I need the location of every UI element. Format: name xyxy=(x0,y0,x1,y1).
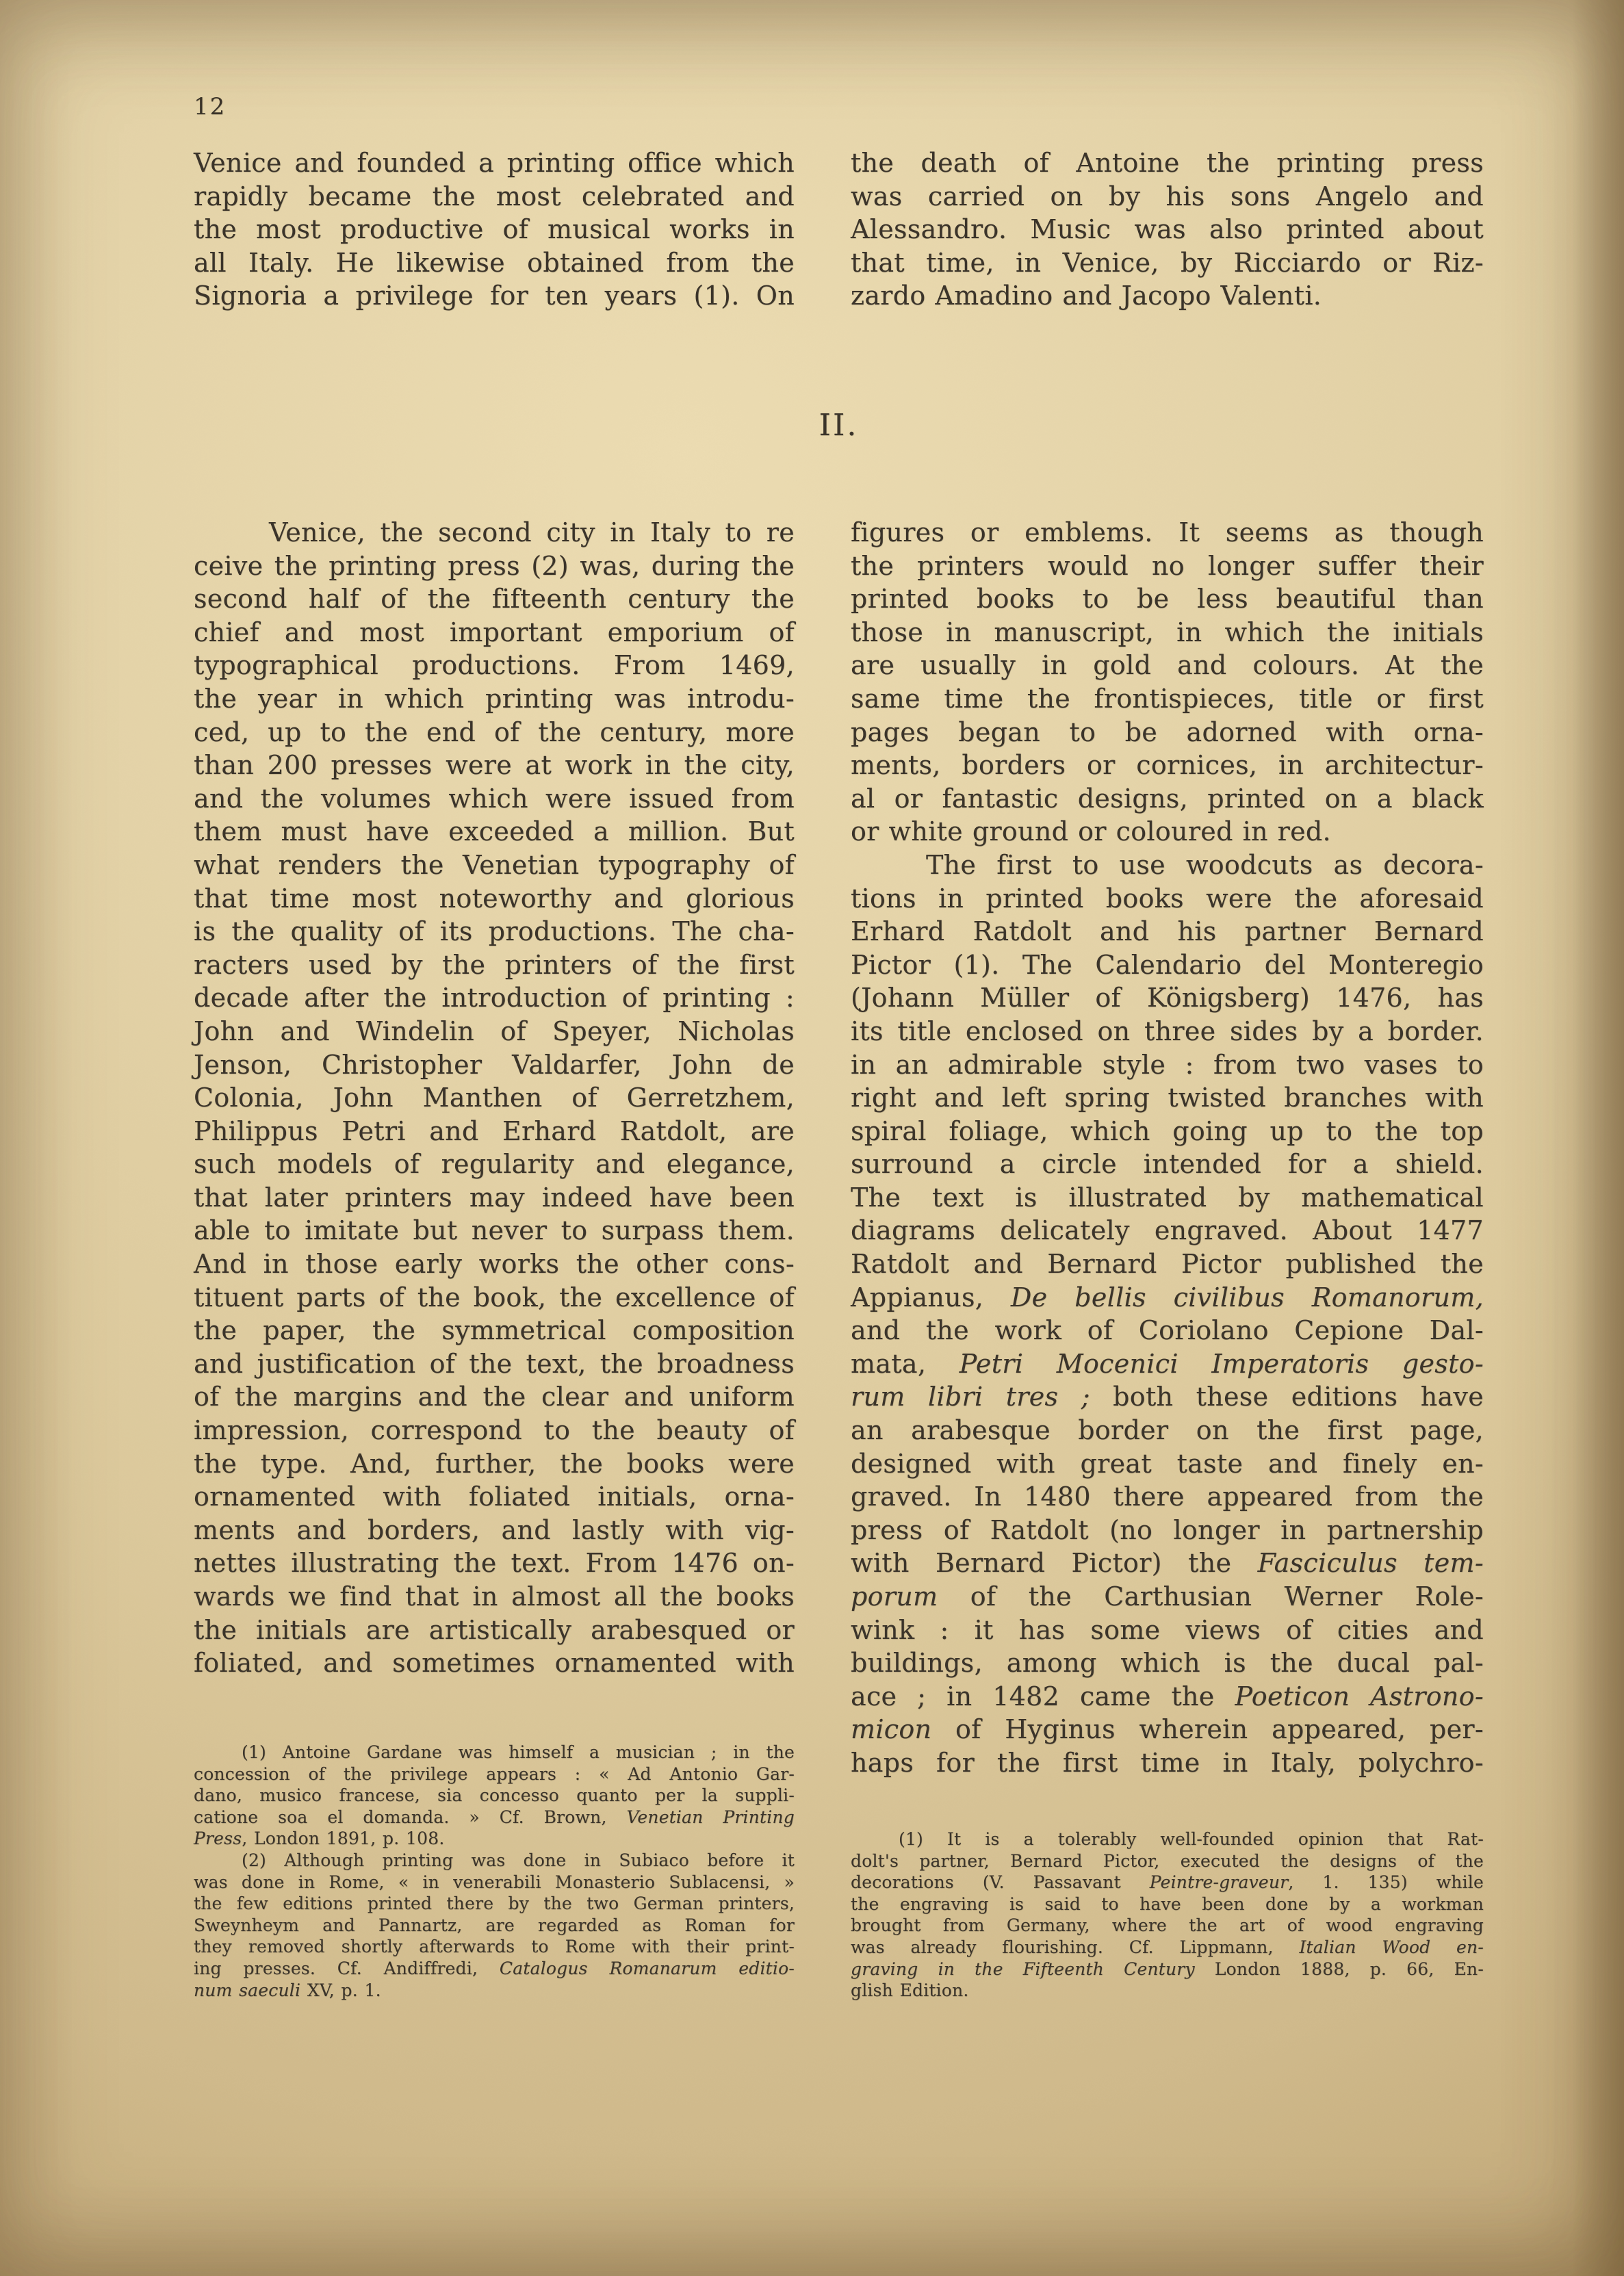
text-segment: the death of Antoine the printing press xyxy=(851,148,1484,178)
text-segment: spiral foliage, which going up to the to… xyxy=(851,1116,1484,1146)
text-line: that time most noteworthy and glorious xyxy=(194,882,795,916)
text-segment: surround a circle intended for a shield. xyxy=(851,1149,1484,1179)
text-segment: dano, musico francese, sia concesso quan… xyxy=(194,1785,795,1805)
text-segment: the few editions printed there by the tw… xyxy=(194,1893,795,1913)
text-line: (1) Antoine Gardane was himself a musici… xyxy=(194,1742,795,1763)
text-segment: , London 1891, p. 108. xyxy=(242,1828,444,1848)
text-line: wink : it has some views of cities and xyxy=(851,1614,1484,1647)
text-segment: porum xyxy=(851,1581,938,1612)
text-segment: Italian Wood en- xyxy=(1299,1937,1484,1957)
text-line: Press, London 1891, p. 108. xyxy=(194,1828,795,1850)
text-line: catione soa el domanda. » Cf. Brown, Ven… xyxy=(194,1807,795,1828)
text-segment: Press xyxy=(194,1828,242,1848)
text-line: was carried on by his sons Angelo and xyxy=(851,180,1484,214)
text-segment: them must have exceeded a million. But xyxy=(194,816,795,846)
text-line: decade after the introduction of printin… xyxy=(194,981,795,1015)
text-line: what renders the Venetian typography of xyxy=(194,849,795,882)
text-line: figures or emblems. It seems as though xyxy=(851,516,1484,549)
text-line: decorations (V. Passavant Peintre-graveu… xyxy=(851,1872,1484,1893)
text-segment: concession of the privilege appears : « … xyxy=(194,1764,795,1784)
text-segment: both these editions have xyxy=(1090,1382,1484,1412)
text-segment: catione soa el domanda. » Cf. Brown, xyxy=(194,1807,626,1827)
main-left-column: Venice, the second city in Italy to rece… xyxy=(194,516,795,1680)
text-segment: of the margins and the clear and uniform xyxy=(194,1382,795,1412)
text-line: are usually in gold and colours. At the xyxy=(851,649,1484,682)
text-segment: Philippus Petri and Erhard Ratdolt, are xyxy=(194,1116,795,1146)
text-segment: its title enclosed on three sides by a b… xyxy=(851,1016,1484,1046)
text-segment: mata, xyxy=(851,1349,959,1379)
text-line: ments, borders or cornices, in architect… xyxy=(851,749,1484,782)
text-segment: figures or emblems. It seems as though xyxy=(851,517,1484,547)
text-line: ing presses. Cf. Andiffredi, Catalogus R… xyxy=(194,1958,795,1980)
text-line: all Italy. He likewise obtained from the xyxy=(194,246,795,280)
text-line: mata, Petri Mocenici Imperatoris gesto- xyxy=(851,1347,1484,1381)
text-segment: typographical productions. From 1469, xyxy=(194,650,795,680)
text-segment: Alessandro. Music was also printed about xyxy=(851,214,1484,244)
footnotes-left: (1) Antoine Gardane was himself a musici… xyxy=(194,1742,795,2001)
text-segment: an arabesque border on the first page, xyxy=(851,1415,1484,1445)
page-number: 12 xyxy=(194,93,226,120)
text-line: able to imitate but never to surpass the… xyxy=(194,1214,795,1247)
text-segment: buildings, among which is the ducal pal- xyxy=(851,1648,1484,1678)
text-segment: Pictor (1). The Calendario del Monteregi… xyxy=(851,950,1484,980)
text-line: is the quality of its productions. The c… xyxy=(194,915,795,948)
text-line: the engraving is said to have been done … xyxy=(851,1893,1484,1915)
text-line: the few editions printed there by the tw… xyxy=(194,1893,795,1915)
text-segment: was done in Rome, « in venerabili Monast… xyxy=(194,1872,795,1892)
text-line: Sweynheym and Pannartz, are regarded as … xyxy=(194,1915,795,1937)
text-segment: ceive the printing press (2) was, during… xyxy=(194,551,795,581)
text-segment: right and left spring twisted branches w… xyxy=(851,1083,1484,1113)
text-segment: graved. In 1480 there appeared from the xyxy=(851,1482,1484,1512)
text-line: micon of Hyginus wherein appeared, per- xyxy=(851,1713,1484,1746)
text-line: dano, musico francese, sia concesso quan… xyxy=(194,1785,795,1807)
text-line: with Bernard Pictor) the Fasciculus tem- xyxy=(851,1547,1484,1580)
text-segment: haps for the first time in Italy, polych… xyxy=(851,1748,1484,1778)
text-segment: than 200 presses were at work in the cit… xyxy=(194,750,795,780)
text-line: ced, up to the end of the century, more xyxy=(194,716,795,749)
text-segment: is the quality of its productions. The c… xyxy=(194,916,795,946)
text-segment: the year in which printing was introdu- xyxy=(194,684,795,714)
text-line: ornamented with foliated initials, orna- xyxy=(194,1480,795,1514)
text-segment: num saeculi xyxy=(194,1980,300,2000)
text-segment: are usually in gold and colours. At the xyxy=(851,650,1484,680)
text-segment: Venice, the second city in Italy to re xyxy=(269,517,795,547)
text-line: pages began to be adorned with orna- xyxy=(851,716,1484,749)
text-segment: second half of the fifteenth century the xyxy=(194,584,795,614)
text-line: Ratdolt and Bernard Pictor published the xyxy=(851,1247,1484,1281)
text-segment: tions in printed books were the aforesai… xyxy=(851,883,1484,914)
text-segment: was already flourishing. Cf. Lippmann, xyxy=(851,1937,1299,1957)
text-segment: al or fantastic designs, printed on a bl… xyxy=(851,784,1484,814)
text-segment: Erhard Ratdolt and his partner Bernard xyxy=(851,916,1484,946)
text-segment: glish Edition. xyxy=(851,1980,969,2000)
text-line: buildings, among which is the ducal pal- xyxy=(851,1646,1484,1680)
text-segment: zardo Amadino and Jacopo Valenti. xyxy=(851,281,1322,311)
text-line: or white ground or coloured in red. xyxy=(851,815,1484,849)
text-line: ceive the printing press (2) was, during… xyxy=(194,549,795,583)
text-segment: and the work of Coriolano Cepione Dal- xyxy=(851,1315,1484,1345)
text-segment: wink : it has some views of cities and xyxy=(851,1615,1484,1645)
text-line: was already flourishing. Cf. Lippmann, I… xyxy=(851,1937,1484,1958)
text-line: Colonia, John Manthen of Gerretzhem, xyxy=(194,1081,795,1115)
text-segment: Colonia, John Manthen of Gerretzhem, xyxy=(194,1083,795,1113)
text-line: and the volumes which were issued from xyxy=(194,782,795,816)
text-segment: ing presses. Cf. Andiffredi, xyxy=(194,1958,500,1978)
text-segment: Poeticon Astrono- xyxy=(1235,1681,1484,1711)
text-segment: And in those early works the other cons- xyxy=(194,1249,795,1279)
text-segment: ments and borders, and lastly with vig- xyxy=(194,1515,795,1545)
text-line: and the work of Coriolano Cepione Dal- xyxy=(851,1314,1484,1347)
text-line: dolt's partner, Bernard Pictor, executed… xyxy=(851,1850,1484,1872)
text-segment: the paper, the symmetrical composition xyxy=(194,1315,795,1345)
text-segment: brought from Germany, where the art of w… xyxy=(851,1915,1484,1935)
text-segment: decade after the introduction of printin… xyxy=(194,983,795,1013)
text-segment: (2) Although printing was done in Subiac… xyxy=(242,1850,795,1870)
text-segment: such models of regularity and elegance, xyxy=(194,1149,795,1179)
text-segment: foliated, and sometimes ornamented with xyxy=(194,1648,795,1678)
text-line: impression, correspond to the beauty of xyxy=(194,1414,795,1447)
text-segment: that later printers may indeed have been xyxy=(194,1182,795,1213)
text-line: the type. And, further, the books were xyxy=(194,1447,795,1481)
text-segment: of Hyginus wherein appeared, per- xyxy=(931,1714,1484,1744)
text-segment: and the volumes which were issued from xyxy=(194,784,795,814)
text-line: tions in printed books were the aforesai… xyxy=(851,882,1484,916)
text-segment: decorations (V. Passavant xyxy=(851,1872,1150,1892)
top-left-column: Venice and founded a printing office whi… xyxy=(194,146,795,313)
text-line: them must have exceeded a million. But xyxy=(194,815,795,849)
text-segment: able to imitate but never to surpass the… xyxy=(194,1215,795,1245)
footnotes-right: (1) It is a tolerably well-founded opini… xyxy=(851,1828,1484,2002)
text-segment: Signoria a privilege for ten years (1). … xyxy=(194,281,795,311)
text-segment: in an admirable style : from two vases t… xyxy=(851,1050,1484,1080)
text-segment: ace ; in 1482 came the xyxy=(851,1681,1235,1711)
text-line: the initials are artistically arabesqued… xyxy=(194,1614,795,1647)
text-segment: the initials are artistically arabesqued… xyxy=(194,1615,795,1645)
text-line: graved. In 1480 there appeared from the xyxy=(851,1480,1484,1514)
text-segment: Venetian Printing xyxy=(626,1807,795,1827)
text-segment: printed books to be less beautiful than xyxy=(851,584,1484,614)
text-segment: what renders the Venetian typography of xyxy=(194,850,795,880)
text-segment: they removed shortly afterwards to Rome … xyxy=(194,1937,795,1956)
section-heading: II. xyxy=(194,408,1484,443)
text-line: Pictor (1). The Calendario del Monteregi… xyxy=(851,948,1484,982)
text-line: that time, in Venice, by Ricciardo or Ri… xyxy=(851,246,1484,280)
text-segment: press of Ratdolt (no longer in partnersh… xyxy=(851,1515,1484,1545)
text-segment: ments, borders or cornices, in architect… xyxy=(851,750,1484,780)
text-segment: XV, p. 1. xyxy=(300,1980,381,2000)
text-line: racters used by the printers of the firs… xyxy=(194,948,795,982)
text-segment: Ratdolt and Bernard Pictor published the xyxy=(851,1249,1484,1279)
text-segment: the engraving is said to have been done … xyxy=(851,1894,1484,1914)
text-segment: John and Windelin of Speyer, Nicholas xyxy=(194,1016,795,1046)
text-line: the death of Antoine the printing press xyxy=(851,146,1484,180)
text-line: And in those early works the other cons- xyxy=(194,1247,795,1281)
text-segment: that time most noteworthy and glorious xyxy=(194,883,795,914)
text-line: nettes illustrating the text. From 1476 … xyxy=(194,1547,795,1580)
text-line: tituent parts of the book, the excellenc… xyxy=(194,1281,795,1315)
text-line: wards we find that in almost all the boo… xyxy=(194,1580,795,1614)
text-line: rapidly became the most celebrated and xyxy=(194,180,795,214)
text-line: spiral foliage, which going up to the to… xyxy=(851,1115,1484,1148)
text-segment: , 1. 135) while xyxy=(1288,1872,1484,1892)
text-line: Erhard Ratdolt and his partner Bernard xyxy=(851,915,1484,948)
text-line: those in manuscript, in which the initia… xyxy=(851,616,1484,649)
text-line: press of Ratdolt (no longer in partnersh… xyxy=(851,1514,1484,1547)
text-line: (1) It is a tolerably well-founded opini… xyxy=(851,1828,1484,1850)
text-segment: rum libri tres ; xyxy=(851,1382,1090,1412)
text-segment: (Johann Müller of Königsberg) 1476, has xyxy=(851,983,1484,1013)
text-segment: Catalogus Romanarum editio- xyxy=(500,1958,795,1978)
top-right-column: the death of Antoine the printing pressw… xyxy=(851,146,1484,313)
text-segment: ornamented with foliated initials, orna- xyxy=(194,1482,795,1512)
text-segment: Petri Mocenici Imperatoris gesto- xyxy=(959,1349,1484,1379)
text-segment: nettes illustrating the text. From 1476 … xyxy=(194,1548,795,1578)
text-segment: graving in the Fifteenth Century xyxy=(851,1959,1195,1979)
text-line: the printers would no longer suffer thei… xyxy=(851,549,1484,583)
text-line: the most productive of musical works in xyxy=(194,213,795,246)
text-line: diagrams delicately engraved. About 1477 xyxy=(851,1214,1484,1247)
text-segment: London 1888, p. 66, En- xyxy=(1195,1959,1484,1979)
text-segment: micon xyxy=(851,1714,931,1744)
text-segment: (1) It is a tolerably well-founded opini… xyxy=(899,1829,1484,1849)
text-segment: the most productive of musical works in xyxy=(194,214,795,244)
text-segment: Sweynheym and Pannartz, are regarded as … xyxy=(194,1915,795,1935)
text-line: The first to use woodcuts as decora- xyxy=(851,849,1484,882)
text-line: than 200 presses were at work in the cit… xyxy=(194,749,795,782)
text-segment: all Italy. He likewise obtained from the xyxy=(194,248,795,278)
text-line: foliated, and sometimes ornamented with xyxy=(194,1646,795,1680)
text-segment: with Bernard Pictor) the xyxy=(851,1548,1258,1578)
text-line: Venice and founded a printing office whi… xyxy=(194,146,795,180)
text-segment: The text is illustrated by mathematical xyxy=(851,1182,1484,1213)
text-line: Signoria a privilege for ten years (1). … xyxy=(194,279,795,313)
text-segment: was carried on by his sons Angelo and xyxy=(851,181,1484,211)
text-line: and justification of the text, the broad… xyxy=(194,1347,795,1381)
text-line: glish Edition. xyxy=(851,1980,1484,2002)
text-line: typographical productions. From 1469, xyxy=(194,649,795,682)
text-segment: or white ground or coloured in red. xyxy=(851,816,1331,846)
text-segment: wards we find that in almost all the boo… xyxy=(194,1581,795,1612)
text-line: Jenson, Christopher Valdarfer, John de xyxy=(194,1048,795,1082)
text-segment: diagrams delicately engraved. About 1477 xyxy=(851,1215,1484,1245)
text-segment: the printers would no longer suffer thei… xyxy=(851,551,1484,581)
text-segment: designed with great taste and finely en- xyxy=(851,1449,1484,1479)
text-line: printed books to be less beautiful than xyxy=(851,582,1484,616)
text-segment: Venice and founded a printing office whi… xyxy=(194,148,795,178)
text-segment: that time, in Venice, by Ricciardo or Ri… xyxy=(851,248,1484,278)
scanned-book-page: 12 Venice and founded a printing office … xyxy=(0,0,1624,2276)
text-line: (2) Although printing was done in Subiac… xyxy=(194,1850,795,1872)
text-line: zardo Amadino and Jacopo Valenti. xyxy=(851,279,1484,313)
text-line: Philippus Petri and Erhard Ratdolt, are xyxy=(194,1115,795,1148)
text-line: ace ; in 1482 came the Poeticon Astrono- xyxy=(851,1680,1484,1714)
text-line: The text is illustrated by mathematical xyxy=(851,1181,1484,1215)
text-line: the paper, the symmetrical composition xyxy=(194,1314,795,1347)
text-line: second half of the fifteenth century the xyxy=(194,582,795,616)
text-segment: those in manuscript, in which the initia… xyxy=(851,617,1484,647)
text-line: of the margins and the clear and uniform xyxy=(194,1380,795,1414)
text-line: graving in the Fifteenth Century London … xyxy=(851,1958,1484,1980)
text-line: concession of the privilege appears : « … xyxy=(194,1763,795,1785)
text-segment: chief and most important emporium of xyxy=(194,617,795,647)
text-line: brought from Germany, where the art of w… xyxy=(851,1915,1484,1937)
text-line: ments and borders, and lastly with vig- xyxy=(194,1514,795,1547)
text-segment: Appianus, xyxy=(851,1282,1011,1312)
text-segment: ced, up to the end of the century, more xyxy=(194,717,795,747)
text-line: John and Windelin of Speyer, Nicholas xyxy=(194,1015,795,1048)
text-line: haps for the first time in Italy, polych… xyxy=(851,1746,1484,1780)
text-segment: impression, correspond to the beauty of xyxy=(194,1415,795,1445)
text-line: was done in Rome, « in venerabili Monast… xyxy=(194,1872,795,1893)
text-segment: The first to use woodcuts as decora- xyxy=(926,850,1484,880)
text-line: same time the frontispieces, title or fi… xyxy=(851,682,1484,716)
text-line: al or fantastic designs, printed on a bl… xyxy=(851,782,1484,816)
text-line: that later printers may indeed have been xyxy=(194,1181,795,1215)
text-segment: same time the frontispieces, title or fi… xyxy=(851,684,1484,714)
text-segment: rapidly became the most celebrated and xyxy=(194,181,795,211)
text-segment: the type. And, further, the books were xyxy=(194,1449,795,1479)
text-line: such models of regularity and elegance, xyxy=(194,1148,795,1181)
text-line: rum libri tres ; both these editions hav… xyxy=(851,1380,1484,1414)
text-line: right and left spring twisted branches w… xyxy=(851,1081,1484,1115)
text-line: Appianus, De bellis civilibus Romanorum, xyxy=(851,1281,1484,1315)
text-segment: Peintre-graveur xyxy=(1150,1872,1289,1892)
text-line: its title enclosed on three sides by a b… xyxy=(851,1015,1484,1048)
text-segment: pages began to be adorned with orna- xyxy=(851,717,1484,747)
text-segment: tituent parts of the book, the excellenc… xyxy=(194,1282,795,1312)
text-line: (Johann Müller of Königsberg) 1476, has xyxy=(851,981,1484,1015)
text-line: Alessandro. Music was also printed about xyxy=(851,213,1484,246)
text-line: an arabesque border on the first page, xyxy=(851,1414,1484,1447)
text-segment: of the Carthusian Werner Role- xyxy=(938,1581,1484,1612)
text-line: in an admirable style : from two vases t… xyxy=(851,1048,1484,1082)
text-line: surround a circle intended for a shield. xyxy=(851,1148,1484,1181)
text-segment: racters used by the printers of the firs… xyxy=(194,950,795,980)
text-segment: De bellis civilibus Romanorum, xyxy=(1011,1282,1484,1312)
text-segment: Fasciculus tem- xyxy=(1258,1548,1484,1578)
text-line: chief and most important emporium of xyxy=(194,616,795,649)
text-segment: Jenson, Christopher Valdarfer, John de xyxy=(194,1050,795,1080)
text-line: designed with great taste and finely en- xyxy=(851,1447,1484,1481)
text-line: num saeculi XV, p. 1. xyxy=(194,1980,795,2002)
text-segment: and justification of the text, the broad… xyxy=(194,1349,795,1379)
text-segment: dolt's partner, Bernard Pictor, executed… xyxy=(851,1851,1484,1871)
text-line: the year in which printing was introdu- xyxy=(194,682,795,716)
text-line: they removed shortly afterwards to Rome … xyxy=(194,1936,795,1958)
main-right-column: figures or emblems. It seems as thoughth… xyxy=(851,516,1484,1780)
text-line: Venice, the second city in Italy to re xyxy=(194,516,795,549)
text-line: porum of the Carthusian Werner Role- xyxy=(851,1580,1484,1614)
text-segment: (1) Antoine Gardane was himself a musici… xyxy=(242,1742,795,1762)
